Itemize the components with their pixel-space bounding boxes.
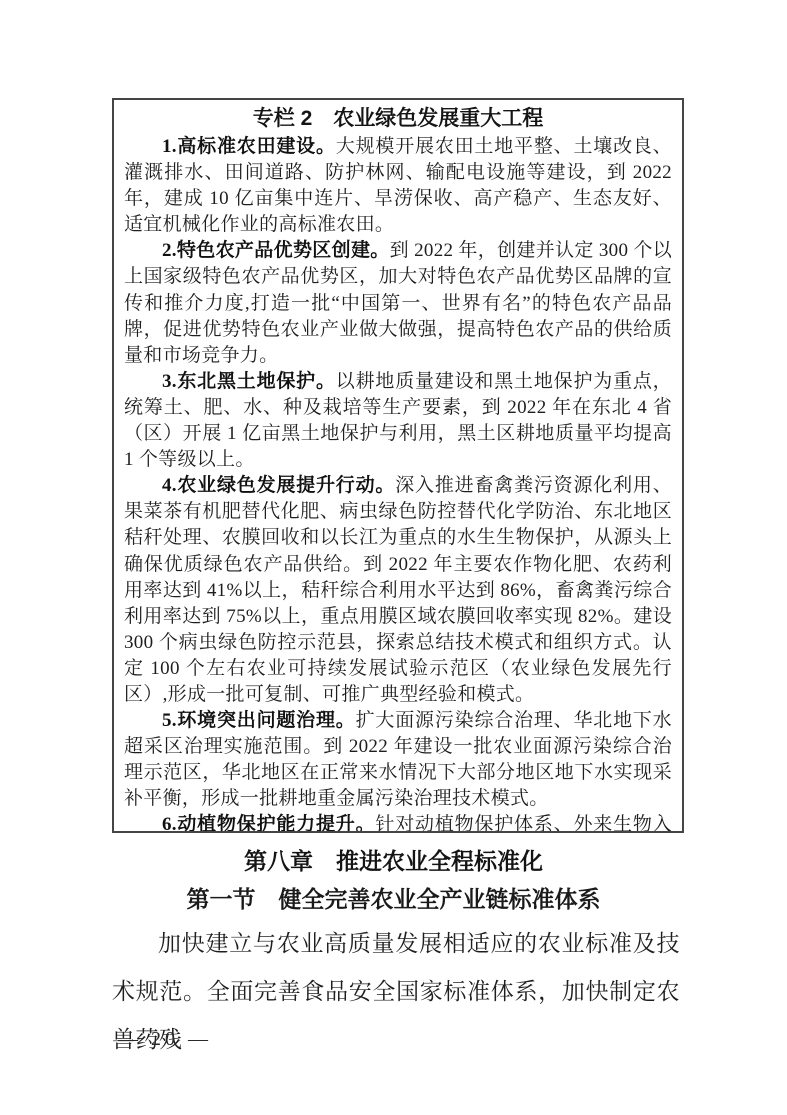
callout-item-3: 3.东北黑土地保护。以耕地质量建设和黑土地保护为重点，统筹土、肥、水、种及栽培等… — [124, 369, 672, 473]
callout-item-5-heading: 5.环境突出问题治理。 — [162, 710, 356, 731]
callout-item-4-heading: 4.农业绿色发展提升行动。 — [162, 475, 395, 496]
callout-item-4: 4.农业绿色发展提升行动。深入推进畜禽粪污资源化利用、果菜茶有机肥替代化肥、病虫… — [124, 473, 672, 708]
callout-item-6: 6.动植物保护能力提升。针对动植物保护体系、外来生物入侵防控体系的薄弱环节，通过… — [124, 812, 672, 833]
document-page: 专栏 2 农业绿色发展重大工程 1.高标准农田建设。大规模开展农田土地平整、土壤… — [0, 0, 787, 1115]
page-number: — 20 — — [118, 1028, 212, 1051]
callout-item-5: 5.环境突出问题治理。扩大面源污染综合治理、华北地下水超采区治理实施范围。到 2… — [124, 708, 672, 812]
callout-item-6-heading: 6.动植物保护能力提升。 — [162, 814, 375, 833]
callout-title: 专栏 2 农业绿色发展重大工程 — [124, 104, 672, 134]
callout-item-2-heading: 2.特色农产品优势区创建。 — [162, 240, 390, 261]
chapter-heading: 第八章 推进农业全程标准化 — [0, 845, 787, 877]
callout-box: 专栏 2 农业绿色发展重大工程 1.高标准农田建设。大规模开展农田土地平整、土壤… — [112, 98, 684, 833]
callout-item-2: 2.特色农产品优势区创建。到 2022 年，创建并认定 300 个以上国家级特色… — [124, 238, 672, 368]
callout-item-1: 1.高标准农田建设。大规模开展农田土地平整、土壤改良、灌溉排水、田间道路、防护林… — [124, 134, 672, 238]
callout-item-3-heading: 3.东北黑土地保护。 — [162, 371, 336, 392]
callout-item-1-heading: 1.高标准农田建设。 — [162, 136, 336, 157]
section-heading: 第一节 健全完善农业全产业链标准体系 — [0, 883, 787, 917]
callout-item-4-text: 深入推进畜禽粪污资源化利用、果菜茶有机肥替代化肥、病虫绿色防控替代化学防治、东北… — [124, 475, 672, 705]
